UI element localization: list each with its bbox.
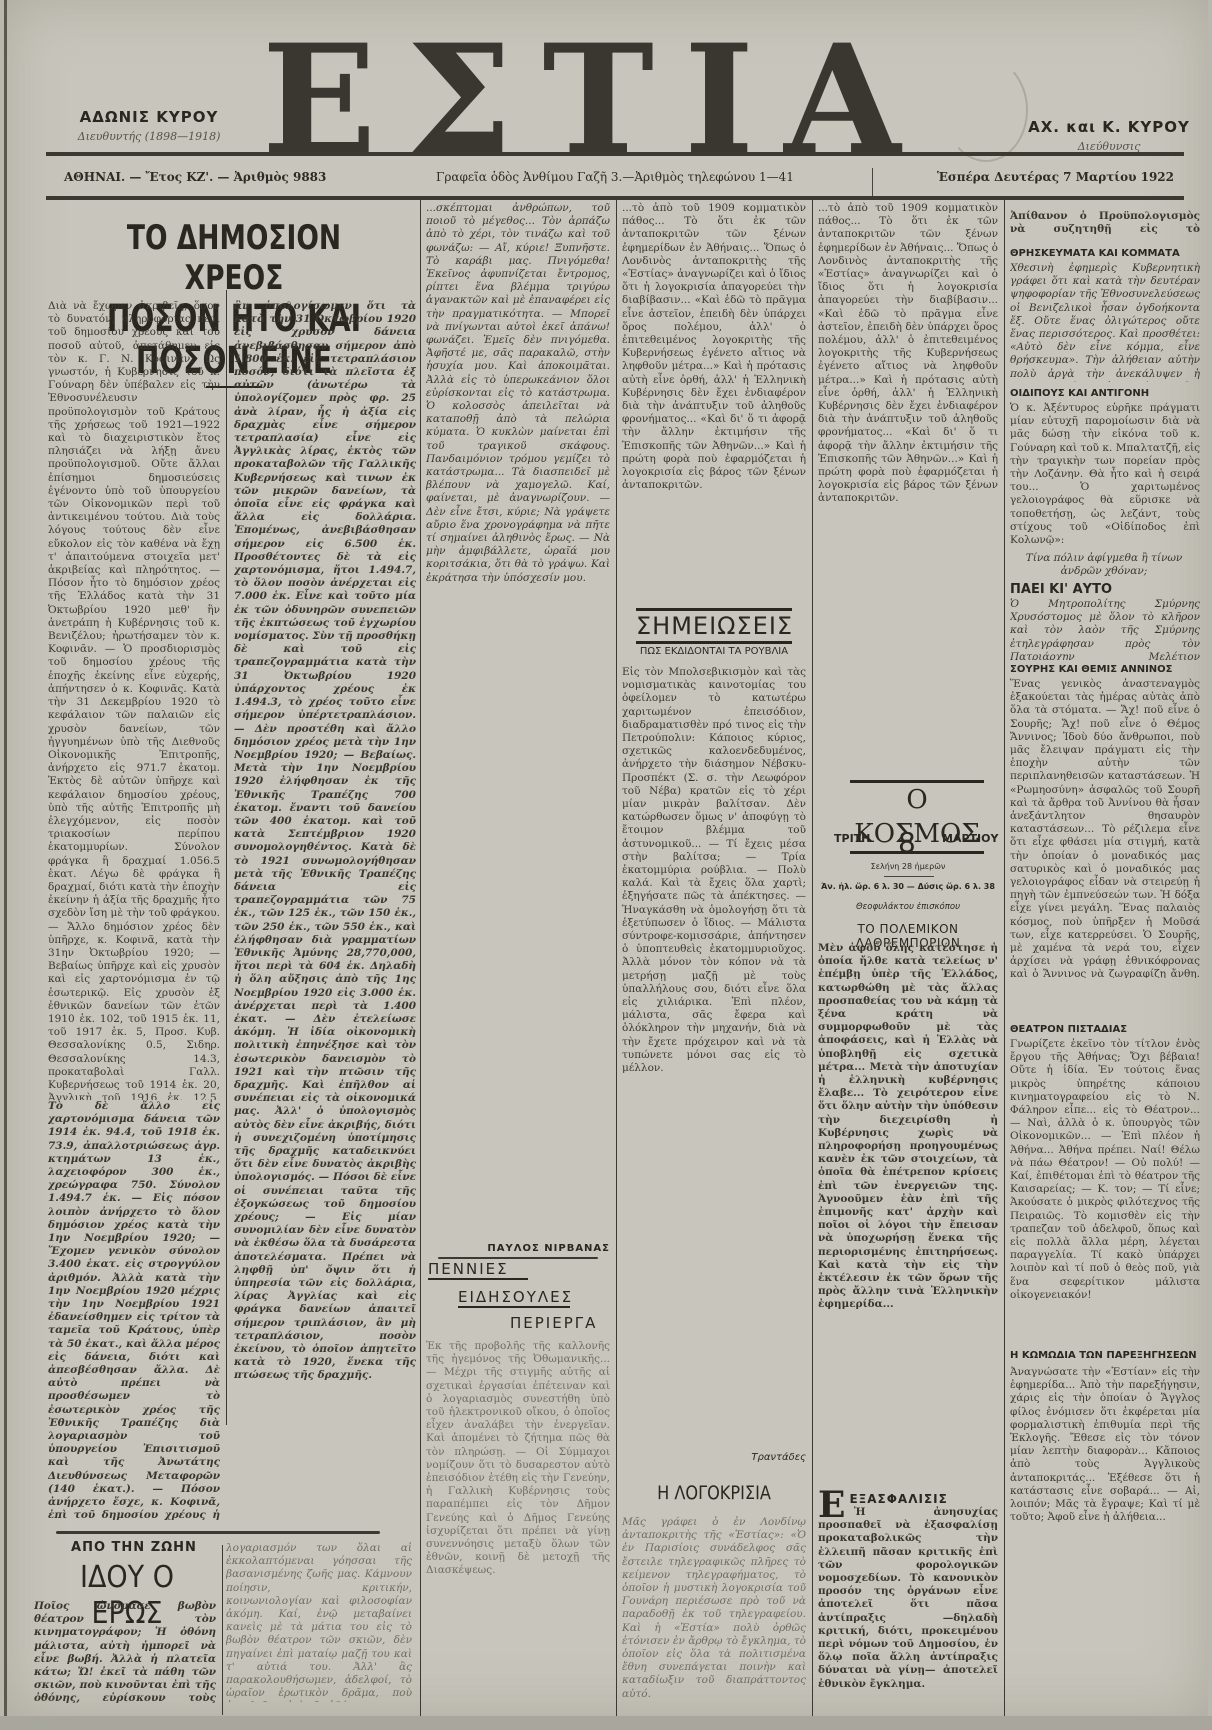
right-body-5: Γνωρίζετε ἐκεῖνο τὸν τίτλον ἑνὸς ἔργου τ… [1010, 1038, 1200, 1334]
founder-block: ΑΔΩΝΙΣ ΚΥΡΟΥ Διευθυντής (1898—1918) [64, 108, 234, 143]
right-heading-4: ΣΟΥΡΗΣ ΚΑΙ ΘΕΜΙΣ ΑΝΝΙΝΟΣ [1010, 664, 1200, 675]
world-month: ΜΑΡΤΙΟΥ [942, 832, 998, 845]
right-top-note: Ἀπίθανον ὁ Προϋπολογισμὸς νὰ συζητηθῇ εἰ… [1010, 210, 1200, 236]
news-heading-1: ΠΕΝΝΙΕΣ [428, 1260, 608, 1278]
editors-name: ΑΧ. και Κ. ΚΥΡΟΥ [1014, 118, 1204, 136]
world-body: Μὲν ἀφοῦ ὅλης κατέστησε ἡ ὁποία ἤλθε κατ… [818, 942, 998, 1402]
right-heading-6: Η ΚΩΜΩΔΙΑ ΤΩΝ ΠΑΡΕΞΗΓΗΣΕΩΝ [1010, 1350, 1200, 1361]
issue-info: ΑΘΗΝΑΙ. — Ἔτος ΚΖ'. — Ἀριθμὸς 9883 [64, 170, 326, 184]
info-bar: ΑΘΗΝΑΙ. — Ἔτος ΚΖ'. — Ἀριθμὸς 9883 Γραφε… [64, 168, 1184, 190]
story-signature: ΠΑΥΛΟΣ ΝΙΡΒΑΝΑΣ [426, 1243, 610, 1254]
column-rule [420, 200, 421, 1720]
assured-title: ΕΞΑΣΦΑΛΙΣΙΣ [849, 1492, 947, 1506]
editors-block: ΑΧ. και Κ. ΚΥΡΟΥ Διεύθυνσις [1014, 118, 1204, 153]
notes-title: ΣΗΜΕΙΩΣΕΙΣ [636, 608, 792, 644]
right-body-2: Ὁ κ. Ἀξέντυρος εὑρῆκε πράγματι μίαν εὐτυ… [1010, 402, 1200, 550]
issue-date: Ἑσπέρα Δευτέρας 7 Μαρτίου 1922 [937, 170, 1174, 184]
right-heading-1: ΘΡΗΣΚΕΥΜΑΤΑ ΚΑΙ ΚΟΜΜΑΤΑ [1010, 248, 1200, 259]
right-body-3: Ὁ Μητροπολίτης Σμύρνης Χρυσόστομος μὲ ὅλ… [1010, 598, 1200, 660]
heading-underline [458, 1306, 570, 1308]
right-verse: Τίνα πόλιν ἀφίγμεθα ἢ τίνων ἀνδρῶν χθόνα… [1024, 552, 1184, 578]
censorship-body: Μᾶς γράφει ὁ ἐν Λονδίνῳ ἀνταποκριτὴς τῆς… [622, 1516, 806, 1712]
founder-role: Διευθυντής (1898—1918) [64, 130, 234, 143]
ornament-divider [438, 1257, 598, 1259]
news-heading-3: ΠΕΡΙΕΡΓΑ [510, 1314, 610, 1332]
world-date: 8 [898, 826, 916, 859]
right-body-4: Ἕνας γενικὸς ἀναστεναγμὸς ἐξακούεται τὰς… [1010, 678, 1200, 978]
column-rule [616, 200, 617, 1720]
divider [884, 876, 934, 877]
news-body: Ἐκ τῆς προβολῆς τῆς καλλονῆς τῆς ἡγεμόνο… [426, 1340, 610, 1715]
love-body-col2: λογαριασμόν των ὅλαι αἱ ἐκκολαπτόμεναι γ… [226, 1542, 412, 1702]
info-rule [46, 196, 1184, 200]
heading-underline [428, 1278, 528, 1280]
scan-edge [4, 0, 7, 1716]
scan-bottom-margin [0, 1716, 1212, 1730]
assured-body: Ἡ ἀνησυχίας προσπαθεῖ νὰ ἐξασφαλίσῃ προκ… [818, 1506, 998, 1712]
love-kicker: ΑΠΟ ΤΗΝ ΖΩΗΝ [48, 1540, 220, 1555]
right-heading-5: ΘΕΑΤΡΟΝ ΠΙΣΤΑΔΙΑΣ [1010, 1024, 1200, 1035]
column-rule [1004, 200, 1005, 1720]
debt-headline-line1: ΤΟ ΔΗΜΟΣΙΟΝ ΧΡΕΟΣ [86, 218, 382, 298]
notes-signature: Τραντάδες [622, 1452, 806, 1463]
column-rule [222, 1545, 223, 1715]
world-day: ΤΡΙΤΗ [834, 832, 870, 845]
right-heading-2: ΟΙΔΙΠΟΥΣ ΚΑΙ ΑΝΤΙΓΟΝΗ [1010, 388, 1200, 399]
info-separator [872, 168, 873, 196]
column-rule [226, 290, 227, 1425]
right-body-6: Ἀναγνώσατε τὴν «Ἐστίαν» εἰς τὴν ἐφημερίδ… [1010, 1366, 1200, 1706]
debt-body-col1b: Τὸ δὲ ἄλλο εἰς χαρτονόμισμα δάνεια τῶν 1… [48, 1100, 220, 1520]
story-body: ...σκέπτομαι ἀνθρώπων, τοῦ ποιοῦ τὸ μέγε… [426, 202, 610, 1150]
debt-body-col1: Διὰ νὰ ἔχωμεν ἀκριβεῖς, ὅσον τὸ δυνατόν,… [48, 300, 220, 1100]
world-moon: Σελήνη 28 ἡμερῶν [818, 862, 998, 871]
masthead-rule [46, 152, 1184, 156]
newspaper-title: ΕΣΤΙΑ [262, 30, 902, 170]
love-body-col1: Ποῖος ὠνόμασε βωβὸν θέατρον τὸν κινηματο… [34, 1600, 216, 1704]
newspaper-page: ΑΔΩΝΙΣ ΚΥΡΟΥ Διευθυντής (1898—1918) ΕΣΤΙ… [4, 0, 1208, 1716]
col4-upper-body: ...τὸ ἀπὸ τοῦ 1909 κομματικὸν πάθος... Τ… [622, 202, 806, 600]
ornament-divider [56, 1531, 380, 1534]
column-rule [812, 200, 813, 1720]
right-body-1: Χθεσινὴ ἐφημερὶς Κυβερνητικὴ γράφει ὅτι … [1010, 262, 1200, 382]
world-saint: Θεοφυλάκτου ἐπισκόπου [818, 902, 998, 912]
founder-name: ΑΔΩΝΙΣ ΚΥΡΟΥ [64, 108, 234, 126]
col5-upper-body: ...τὸ ἀπὸ τοῦ 1909 κομματικὸν πάθος... Τ… [818, 202, 998, 772]
news-heading-2: ΕΙΔΗΣΟΥΛΕΣ [458, 1288, 608, 1306]
world-sun: Ἀν. ἡλ. ὥρ. 6 λ. 30 — Δύσις ὥρ. 6 λ. 38 [818, 882, 998, 891]
censorship-title: Η ΛΟΓΟΚΡΙΣΙΑ [646, 1482, 782, 1504]
debt-body-col2: ἂν ὑπολογίσωμεν ὅτι τὰ κατὰ τὴν 31 Ὀκτωβ… [234, 300, 416, 1520]
world-date-row: ΤΡΙΤΗ 8 ΜΑΡΤΙΟΥ [834, 826, 994, 856]
notes-subtitle: ΠΩΣ ΕΚΔΙΔΟΝΤΑΙ ΤΑ ΡΟΥΒΛΙΑ [624, 646, 804, 657]
office-info: Γραφεῖα ὁδὸς Ἀνθίμου Γαζῆ 3.—Ἀριθμὸς τηλ… [436, 170, 794, 184]
right-heading-3: ΠΑΕΙ ΚΙ' ΑΥΤΟ [1010, 582, 1200, 597]
notes-body: Εἰς τὸν Μπολσεβικισμὸν καὶ τὰς νομισματι… [622, 666, 806, 1446]
